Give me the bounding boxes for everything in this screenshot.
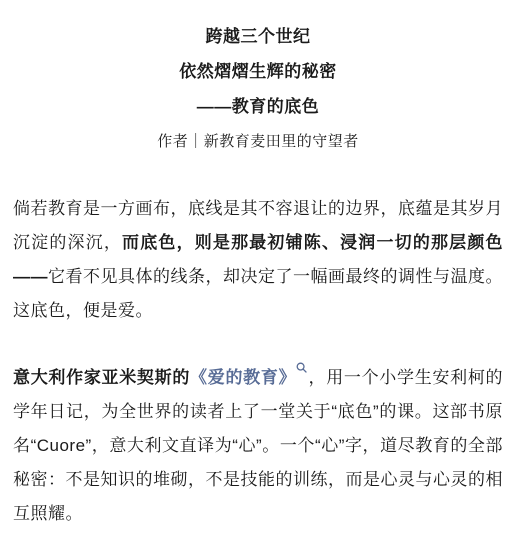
author-line: 作者｜新教育麦田里的守望者: [13, 124, 503, 159]
book-title-link[interactable]: 《爱的教育》: [190, 368, 296, 387]
paragraph-1: 倘若教育是一方画布，底线是其不容退让的边界，底蕴是其岁月沉淀的深沉，而底色，则是…: [13, 192, 503, 328]
article-title-line-3: ——教育的底色: [13, 89, 503, 124]
article-page: 跨越三个世纪 依然熠熠生辉的秘密 ——教育的底色 作者｜新教育麦田里的守望者 倘…: [0, 0, 516, 559]
article-title-line-1: 跨越三个世纪: [13, 19, 503, 54]
paragraph-1-text-tail: 它看不见具体的线条，却决定了一幅画最终的调性与温度。这底色，便是爱。: [13, 267, 503, 320]
article-title-line-2: 依然熠熠生辉的秘密: [13, 54, 503, 89]
article-header: 跨越三个世纪 依然熠熠生辉的秘密 ——教育的底色 作者｜新教育麦田里的守望者: [13, 19, 503, 159]
paragraph-2-bold-lead: 意大利作家亚米契斯的: [13, 368, 190, 387]
paragraph-2-text-tail: ，用一个小学生安利柯的学年日记，为全世界的读者上了一堂关于“底色”的课。这部书原…: [13, 368, 503, 523]
article-body: 倘若教育是一方画布，底线是其不容退让的边界，底蕴是其岁月沉淀的深沉，而底色，则是…: [13, 192, 503, 531]
search-icon[interactable]: [296, 362, 308, 375]
paragraph-2: 意大利作家亚米契斯的《爱的教育》，用一个小学生安利柯的学年日记，为全世界的读者上…: [13, 361, 503, 531]
